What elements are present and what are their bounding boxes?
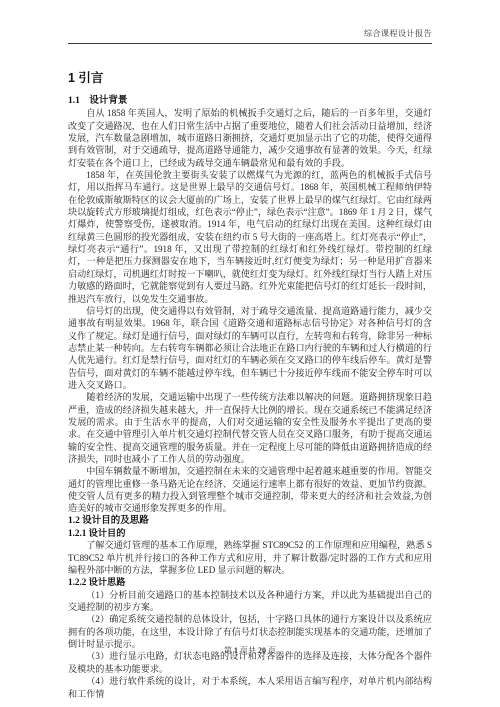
footer-total-pages: 20 — [258, 646, 266, 655]
paragraph: 信号灯的出现，使交通得以有效管制，对于疏导交通流量、提高道路通行能力，减少交通事… — [68, 305, 432, 391]
footer-middle: 页共 — [238, 646, 258, 655]
paragraph: 了解交通灯管理的基本工作原理，熟练掌握 STC89C52 的工作原理和应用编程，… — [68, 539, 432, 576]
footer-prefix: 第 — [224, 646, 234, 655]
paragraph: （4）进行软件系统的设计，对于本系统，本人采用语言编写程序，对单片机内部结构和工… — [68, 675, 432, 700]
document-page: 综合课程设计报告 1 引言1.1 设计背景自从 1858 年英国人，发明了原始的… — [0, 0, 500, 707]
header-title: 综合课程设计报告 — [364, 29, 432, 38]
paragraph: 中国车辆数量不断增加，交通控制在未来的交通管理中起着越来越重要的作用。智能交通灯… — [68, 465, 432, 514]
subsection-heading-design-idea: 1.2.2 设计思路 — [68, 576, 432, 588]
paragraph: 1858 年，在英国伦敦主要街头安装了以燃煤气为光源的红，蓝两色的机械扳手式信号… — [68, 169, 432, 305]
subsection-heading-design-purpose: 1.2.1 设计目的 — [68, 527, 432, 539]
paragraph: （1）分析目前交通路口的基本控制技术以及各种通行方案，并以此为基础提出自己的交通… — [68, 589, 432, 614]
document-content: 1 引言1.1 设计背景自从 1858 年英国人，发明了原始的机械扳手交通灯之后… — [68, 58, 432, 700]
paragraph: 自从 1858 年英国人，发明了原始的机械扳手交通灯之后，随后的一百多年里，交通… — [68, 107, 432, 169]
paragraph: 随着经济的发展，交通运输中出现了一些传统方法难以解决的问题。道路拥挤现象日趋严重… — [68, 391, 432, 465]
page-header: 综合课程设计报告 — [68, 28, 432, 44]
section-heading-design-background: 1.1 设计背景 — [68, 95, 432, 107]
chapter-heading: 1 引言 — [68, 71, 432, 86]
footer-suffix: 页 — [266, 646, 276, 655]
page-footer: 第 1 页共 20 页 — [0, 645, 500, 656]
section-heading-design-purpose-and-idea: 1.2 设计目的及思路 — [68, 515, 432, 527]
